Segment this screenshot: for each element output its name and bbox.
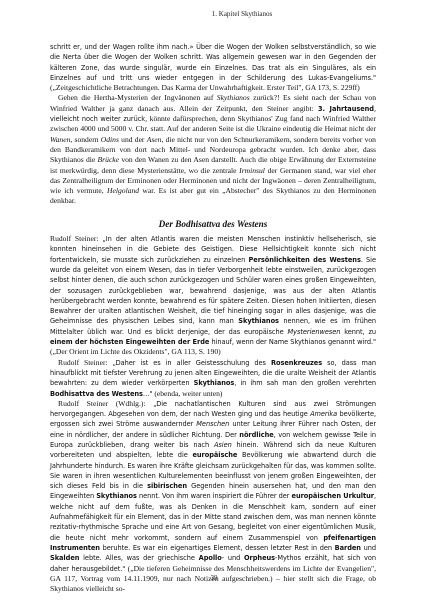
- speaker: Rudolf Steiner (Wdhlg.):: [58, 399, 153, 408]
- paragraph-steiner-quote-2: Rudolf Steiner: „Daher ist es in aller G…: [50, 358, 376, 399]
- speaker: Rudolf Steiner:: [58, 358, 112, 367]
- quote-text: schritt er, und der Wagen rollte ihm nac…: [50, 43, 376, 82]
- citation: („Der Orient im Lichte des Okzidents", G…: [50, 347, 221, 356]
- emphasis-bold: 3. Jahrtausend: [318, 105, 374, 113]
- paragraph-quote-continuation: schritt er, und der Wagen rollte ihm nac…: [50, 42, 376, 93]
- document-page: 1. Kapitel Skythianos schritt er, und de…: [0, 0, 424, 600]
- citation: („Zeitgeschichtliche Betrachtungen. Das …: [50, 83, 360, 92]
- body-text: schritt er, und der Wagen rollte ihm nac…: [50, 42, 376, 594]
- paragraph-hertha-mysteries: Gehen die Hertha-Mysterien der Ingvänone…: [50, 93, 376, 206]
- running-head: 1. Kapitel Skythianos: [0, 10, 424, 18]
- speaker: Rudolf Steiner:: [50, 234, 102, 243]
- section-heading: Der Bodhisattva des Westens: [50, 219, 376, 229]
- emphasis: Skythianos: [217, 93, 250, 102]
- paragraph-steiner-quote-1: Rudolf Steiner: „In der alten Atlantis w…: [50, 234, 376, 358]
- page-number: 39: [0, 574, 424, 582]
- paragraph-steiner-quote-3: Rudolf Steiner (Wdhlg.): „Die nachatlant…: [50, 399, 376, 595]
- citation: (ebenda, weiter unten): [152, 389, 222, 398]
